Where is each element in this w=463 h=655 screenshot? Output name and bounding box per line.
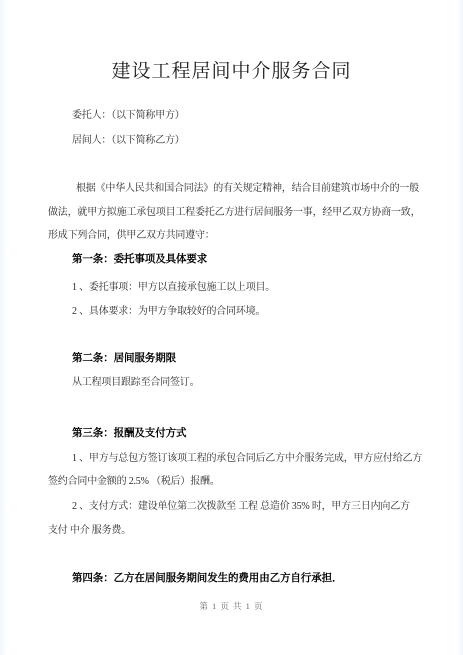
clause-4-heading: 第四条：乙方在居间服务期间发生的费用由乙方自行承担． xyxy=(72,572,342,585)
document-title: 建设工程居间中介服务合同 xyxy=(0,56,463,83)
preamble-line-2: 做法，就甲方拟施工承包项目工程委托乙方进行居间服务一事，经甲乙双方协商一致， xyxy=(48,206,420,219)
clause-2-heading: 第二条：居间服务期限 xyxy=(72,352,176,365)
preamble-line-1: 根据《中华人民共和国合同法》的有关规定精神，结合目前建筑市场中介的一般 xyxy=(76,182,419,195)
clause-3-body-line-3: 2 、支付方式：建设单位第二次拨款至 工程 总造价 35% 时，甲方三日内向乙方 xyxy=(72,500,410,513)
clause-3-body-line-2: 签约合同中金额的 2.5% （税后）报酬。 xyxy=(48,475,220,488)
clause-2-body-line-1: 从工程项目跟踪至合同签订。 xyxy=(72,376,199,389)
page-number-footer: 第 1 页 共 1 页 xyxy=(0,600,463,612)
contract-document-page: 建设工程居间中介服务合同 委托人：（以下简称甲方） 居间人：（以下简称乙方） 根… xyxy=(0,0,463,655)
clause-3-body-line-1: 1 、甲方与总包方签订该项工程的承包合同后乙方中介服务完成，甲方应付给乙方 xyxy=(72,452,422,465)
party-b-line: 居间人：（以下简称乙方） xyxy=(72,134,185,147)
clause-3-heading: 第三条：报酬及支付方式 xyxy=(72,427,186,440)
clause-1-heading: 第一条：委托事项及具体要求 xyxy=(72,253,207,266)
clause-1-item-2: 2 、具体要求：为甲方争取较好的合同环境。 xyxy=(72,305,265,318)
preamble-line-3: 形成下列合同，供甲乙双方共同遵守： xyxy=(48,229,215,242)
clause-3-body-line-4: 支付 中介 服务费。 xyxy=(48,524,131,537)
party-a-line: 委托人：（以下简称甲方） xyxy=(72,109,185,122)
clause-1-item-1: 1 、委托事项：甲方以直接承包施工以上项目。 xyxy=(72,281,275,294)
